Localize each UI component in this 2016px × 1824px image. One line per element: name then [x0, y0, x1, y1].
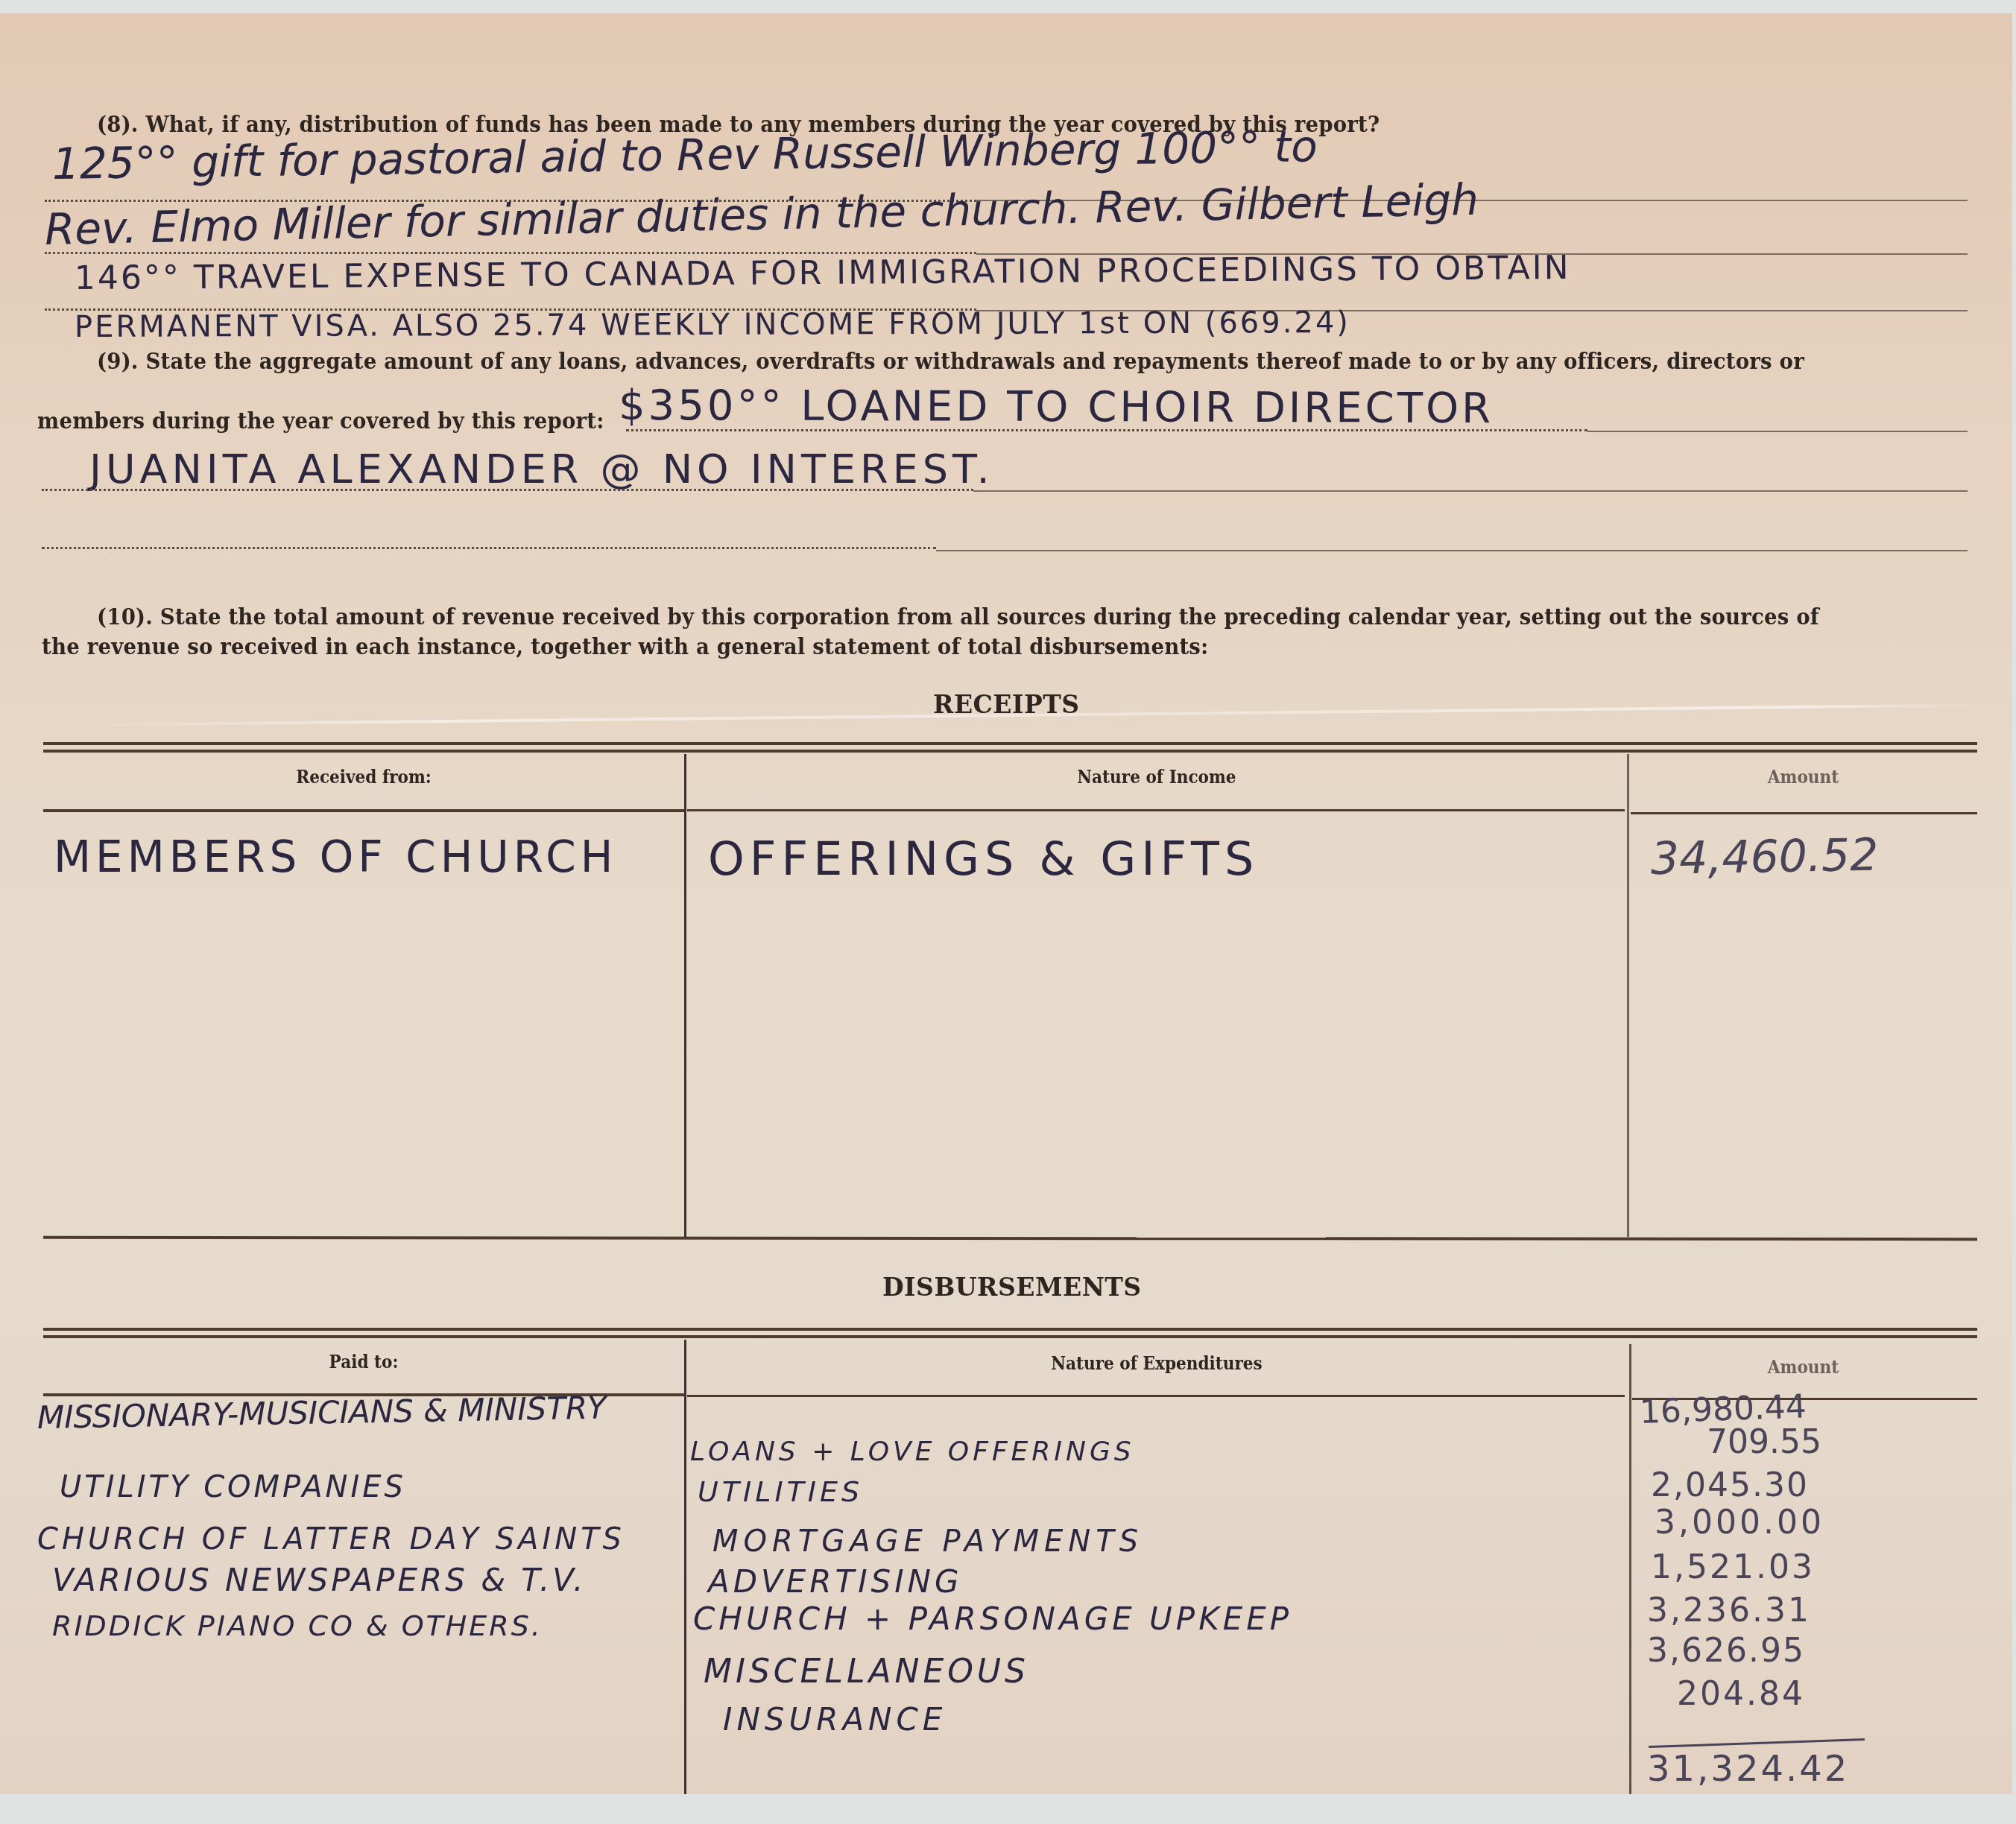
- answer-line: [973, 490, 1968, 492]
- paid-to-item: VARIOUS NEWSPAPERS & T.V.: [52, 1562, 587, 1598]
- answer-line: [1587, 431, 1968, 432]
- expenditure-amount: 3,236.31: [1647, 1592, 1811, 1630]
- column-divider: [1627, 754, 1629, 1237]
- receipts-col-amount: Amount: [1646, 766, 1959, 788]
- receipt-nature: OFFERINGS & GIFTS: [708, 832, 1259, 886]
- expenditure-amount: 3,626.95: [1647, 1632, 1805, 1670]
- sum-underline: [1649, 1738, 1865, 1748]
- receipts-col-received-from: Received from:: [75, 766, 652, 788]
- column-divider: [684, 1340, 686, 1794]
- expenditure-amount: 2,045.30: [1651, 1466, 1809, 1504]
- answer-line: [626, 429, 1587, 431]
- answer-line: [42, 547, 936, 549]
- expenditure-item: UTILITIES: [698, 1475, 863, 1508]
- receipts-title: RECEIPTS: [933, 690, 1080, 719]
- table-rule: [43, 809, 684, 812]
- expenditure-item: CHURCH + PARSONAGE UPKEEP: [693, 1600, 1292, 1637]
- paid-to-item: MISSIONARY-MUSICIANS & MINISTRY: [37, 1390, 607, 1436]
- expenditure-amount: 1,521.03: [1651, 1548, 1815, 1586]
- table-rule: [43, 1328, 1977, 1331]
- expenditure-amount: 709.55: [1707, 1423, 1821, 1461]
- question-10-line-2: the revenue so received in each instance…: [42, 634, 1208, 660]
- table-rule: [43, 742, 1977, 745]
- form-page: (8). What, if any, distribution of funds…: [0, 13, 2012, 1794]
- column-divider: [1629, 1344, 1631, 1794]
- expenditure-item: MORTGAGE PAYMENTS: [712, 1524, 1143, 1559]
- table-rule: [43, 1236, 1977, 1241]
- table-rule: [43, 750, 1977, 753]
- answer-8-line-3: 146°° TRAVEL EXPENSE TO CANADA FOR IMMIG…: [75, 249, 1571, 297]
- answer-9-line-1: $350°° LOANED TO CHOIR DIRECTOR: [619, 381, 1494, 433]
- disbursements-col-amount: Amount: [1646, 1356, 1959, 1378]
- question-10-line-1: (10). State the total amount of revenue …: [97, 604, 1819, 630]
- expenditure-item: MISCELLANEOUS: [704, 1653, 1029, 1691]
- answer-line: [936, 550, 1968, 551]
- column-divider: [684, 754, 686, 1237]
- answer-line: [42, 489, 973, 491]
- expenditure-amount: 3,000.00: [1655, 1504, 1824, 1542]
- table-rule: [43, 1335, 1977, 1338]
- answer-9-line-2: JUANITA ALEXANDER @ NO INTEREST.: [89, 446, 994, 493]
- receipt-amount: 34,460.52: [1650, 829, 1879, 885]
- receipt-from: MEMBERS OF CHURCH: [54, 832, 617, 882]
- expenditure-total: 31,324.42: [1647, 1748, 1849, 1790]
- table-rule: [1631, 812, 1977, 814]
- paid-to-item: RIDDICK PIANO CO & OTHERS.: [52, 1609, 543, 1642]
- table-rule: [687, 809, 1625, 811]
- question-9-line-1: (9). State the aggregate amount of any l…: [97, 349, 1804, 375]
- disbursements-col-paid-to: Paid to:: [75, 1351, 652, 1372]
- expenditure-item: LOANS + LOVE OFFERINGS: [690, 1437, 1135, 1467]
- expenditure-item: INSURANCE: [723, 1701, 947, 1738]
- paid-to-item: CHURCH OF LATTER DAY SAINTS: [37, 1522, 625, 1557]
- table-rule: [687, 1395, 1625, 1397]
- disbursements-col-nature-of-expenditures: Nature of Expenditures: [733, 1352, 1580, 1374]
- paid-to-item: UTILITY COMPANIES: [60, 1470, 406, 1504]
- disbursements-title: DISBURSEMENTS: [882, 1273, 1142, 1302]
- expenditure-item: ADVERTISING: [708, 1563, 963, 1600]
- expenditure-amount: 204.84: [1677, 1675, 1805, 1713]
- answer-8-line-4: PERMANENT VISA. ALSO 25.74 WEEKLY INCOME…: [75, 305, 1350, 344]
- receipts-col-nature-of-income: Nature of Income: [733, 766, 1580, 788]
- question-9-line-2: members during the year covered by this …: [37, 408, 604, 434]
